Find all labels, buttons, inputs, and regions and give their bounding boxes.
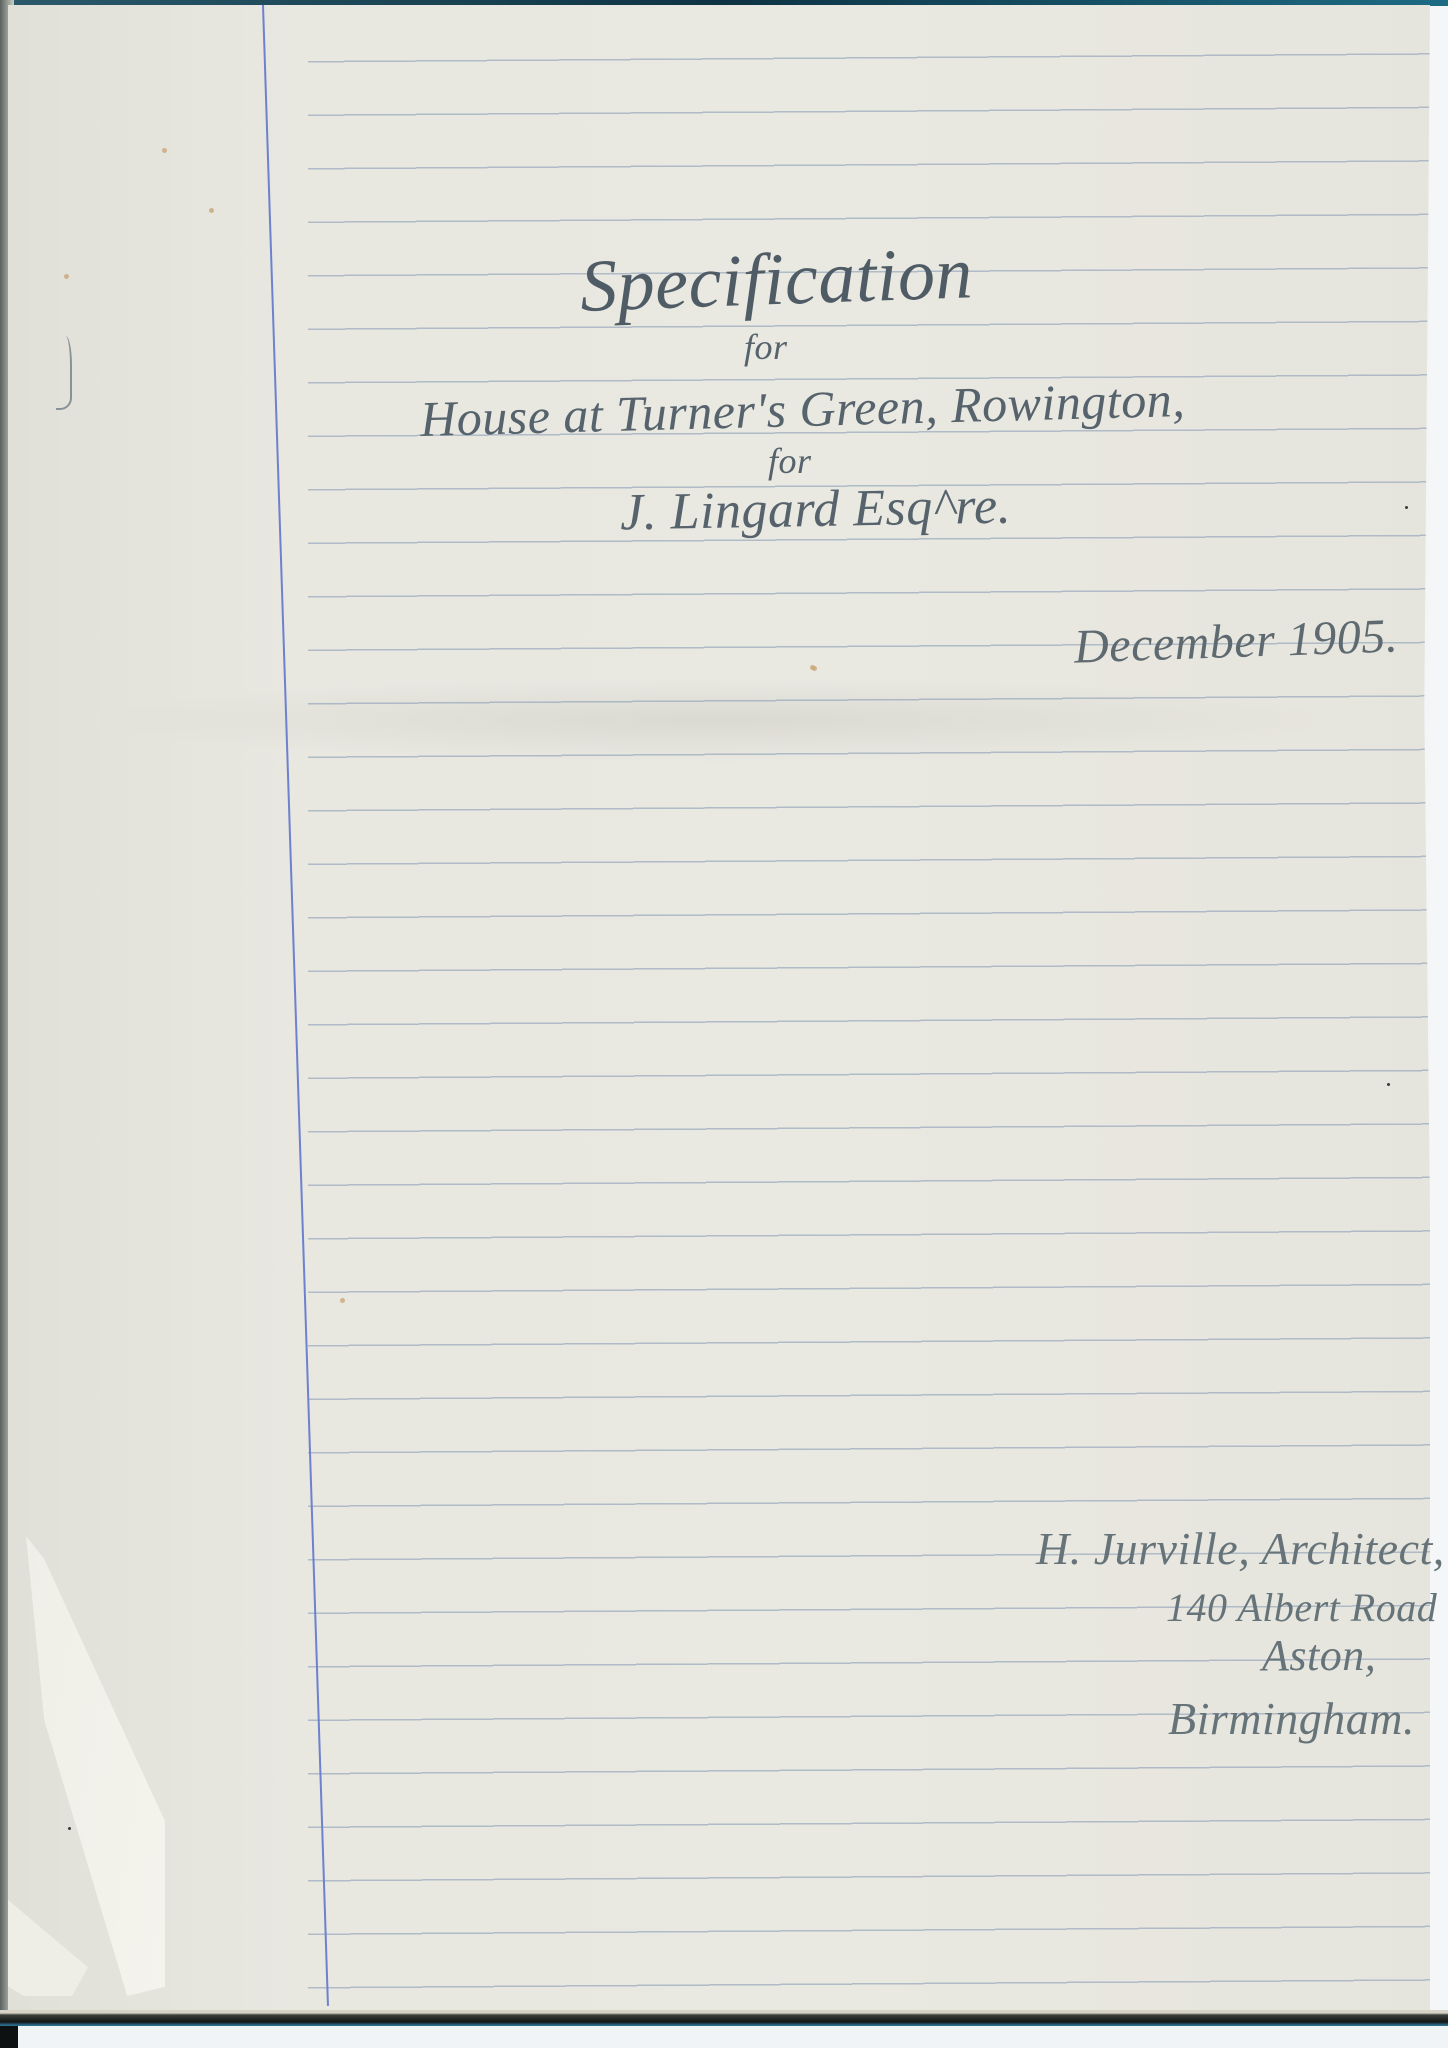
ink-speck xyxy=(1387,1083,1390,1086)
pencil-mark xyxy=(56,336,72,410)
foxing-spot xyxy=(209,208,214,213)
foxing-spot xyxy=(162,148,167,153)
foxing-spot xyxy=(812,666,817,671)
client-name: J. Lingard Esq^re. xyxy=(620,477,1012,543)
scan-background-bottom xyxy=(0,2026,1448,2048)
ink-speck xyxy=(68,1827,71,1830)
scan-background-right xyxy=(1430,6,1448,2026)
architect-city: Birmingham. xyxy=(1168,1692,1415,1745)
connector-for-2: for xyxy=(768,440,812,482)
ink-speck xyxy=(1405,506,1408,509)
document-title: Specification xyxy=(579,231,975,330)
scan-corner-dark xyxy=(0,2026,18,2048)
document-date: December 1905. xyxy=(1073,608,1399,674)
foxing-spot xyxy=(64,274,69,279)
architect-district: Aston, xyxy=(1262,1630,1376,1681)
architect-name: H. Jurville, Architect, xyxy=(1036,1522,1445,1575)
connector-for-1: for xyxy=(744,326,788,368)
foxing-spot xyxy=(340,1298,345,1303)
architect-street: 140 Albert Road xyxy=(1166,1584,1437,1631)
scan-edge-bottom xyxy=(0,2010,1448,2026)
